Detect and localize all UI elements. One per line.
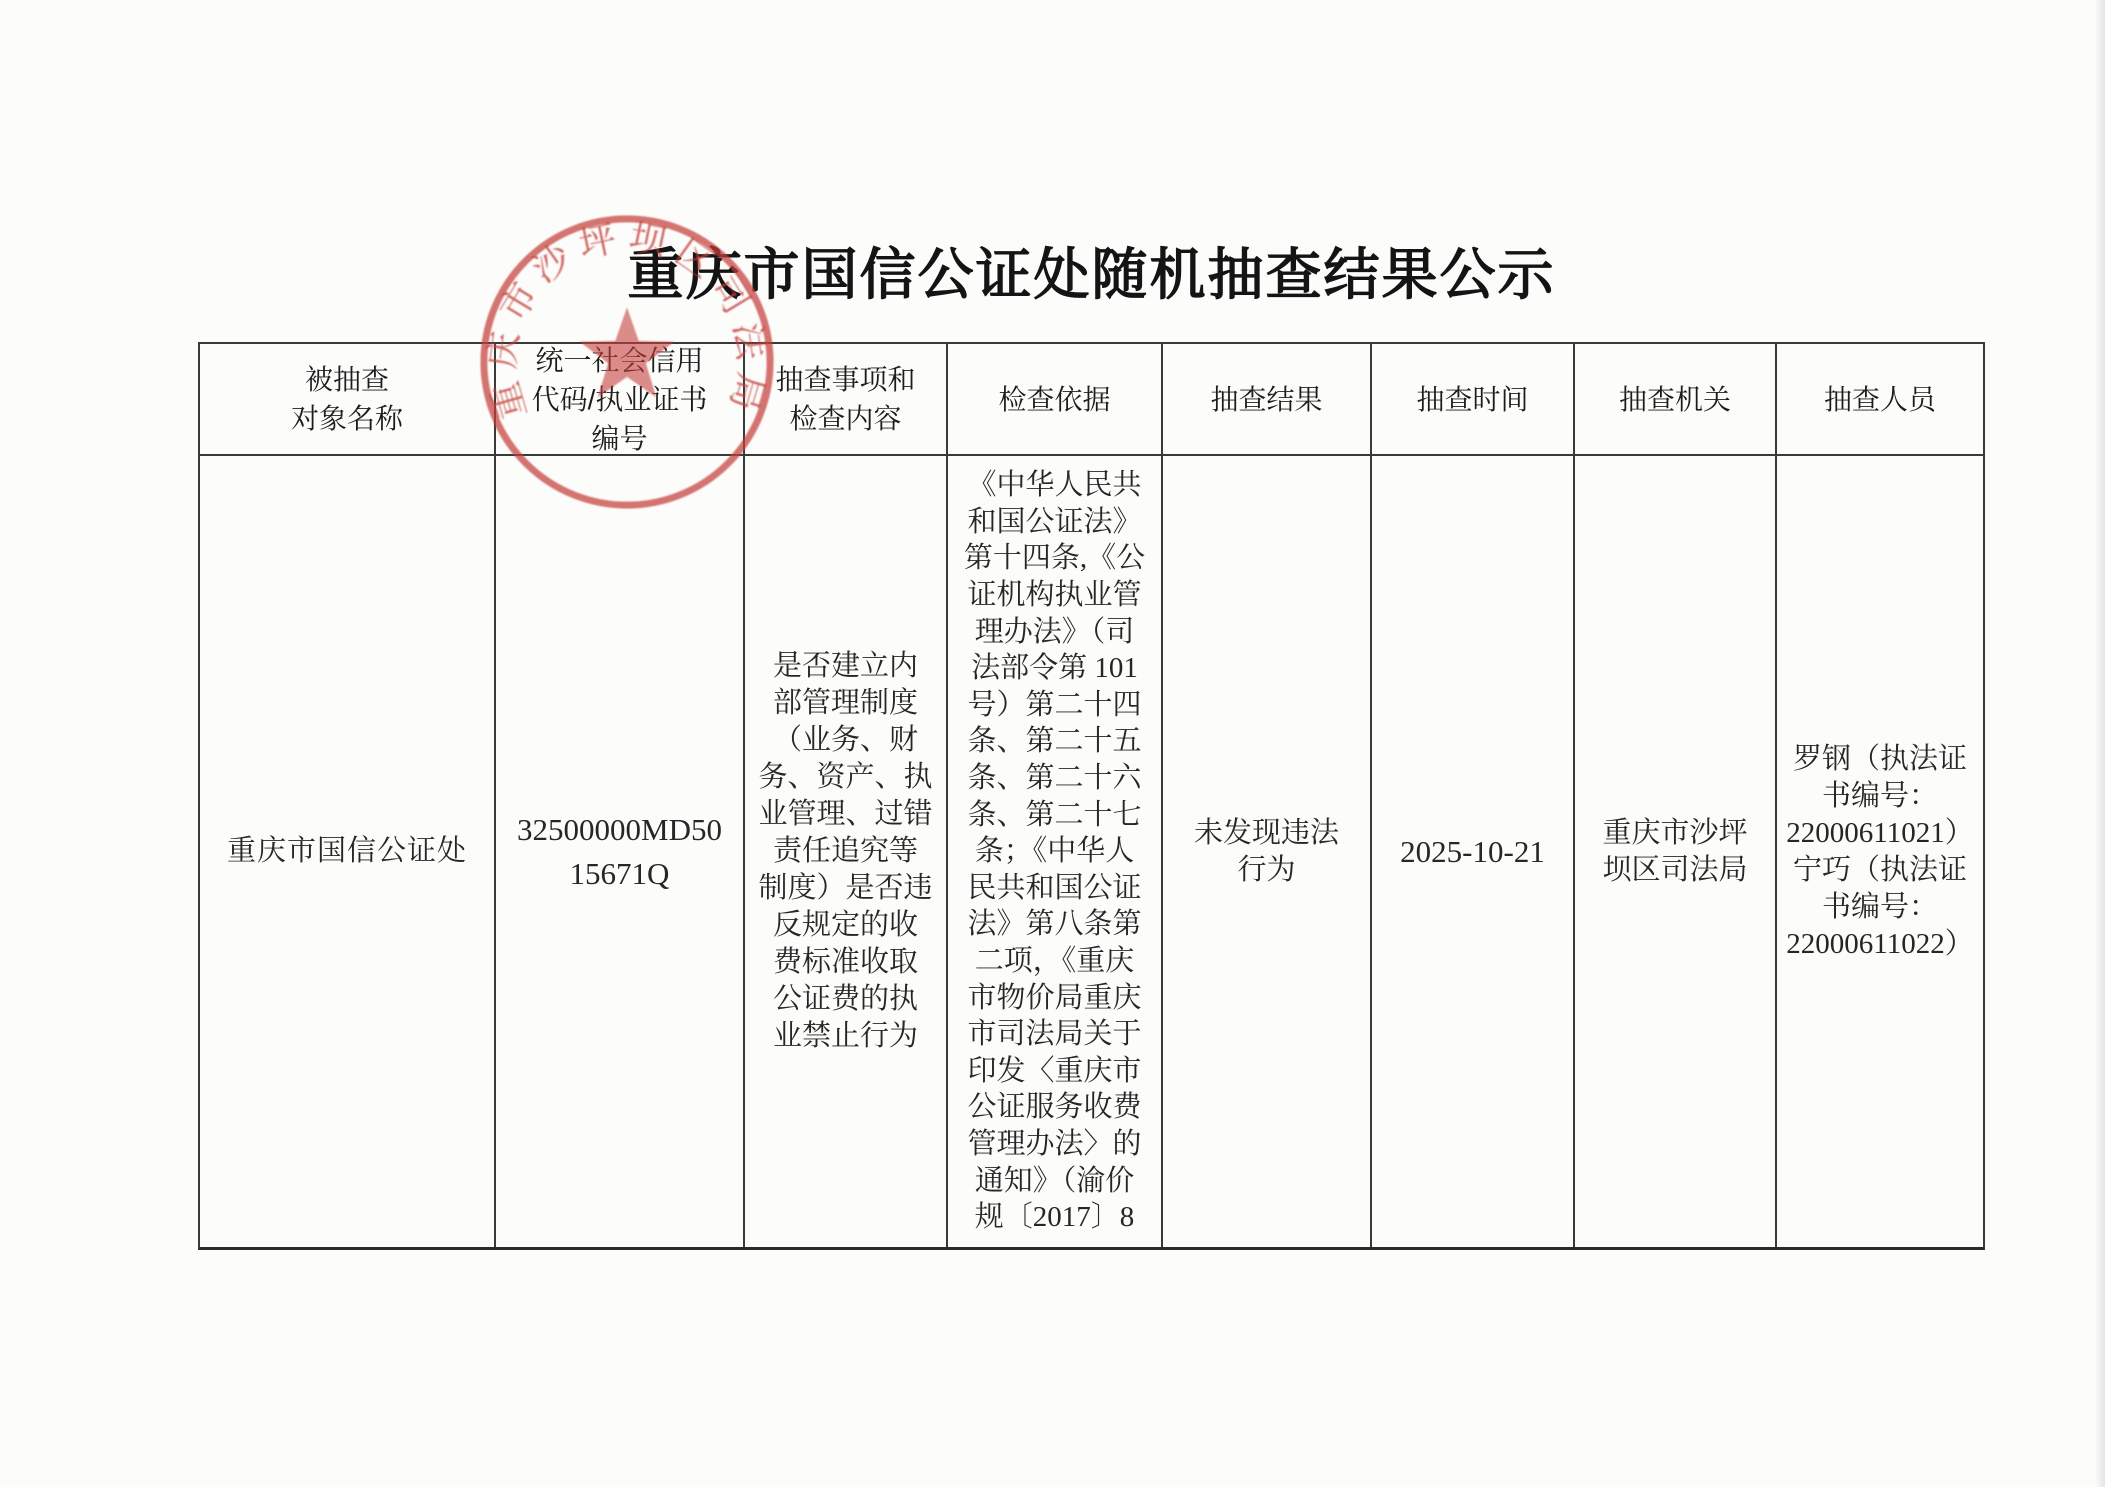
header-agency: 抽查机关 [1575,344,1777,456]
cell-subject-name: 重庆市国信公证处 [200,456,496,1247]
cell-personnel: 罗钢（执法证 书编号： 22000611021） 宁巧（执法证 书编号： 220… [1777,456,1983,1247]
header-time: 抽查时间 [1372,344,1575,456]
cell-agency: 重庆市沙坪 坝区司法局 [1575,456,1777,1247]
cell-credit-code: 32500000MD50 15671Q [496,456,745,1247]
header-subject-name: 被抽查 对象名称 [200,344,496,456]
page-title: 重庆市国信公证处随机抽查结果公示 [198,243,1985,309]
cell-result: 未发现违法 行为 [1163,456,1372,1247]
scan-edge-shadow [2095,0,2105,1487]
header-inspection-items: 抽查事项和 检查内容 [745,344,948,456]
header-legal-basis: 检查依据 [948,344,1163,456]
cell-inspection-items: 是否建立内 部管理制度 （业务、财 务、资产、执 业管理、过错 责任追究等 制度… [745,456,948,1247]
inspection-results-table: 被抽查 对象名称 统一社会信用 代码/执业证书 编号 抽查事项和 检查内容 检查… [198,342,1985,1250]
cell-time: 2025-10-21 [1372,456,1575,1247]
cell-legal-basis: 《中华人民共 和国公证法》 第十四条,《公 证机构执业管 理办法》（司 法部令第… [948,456,1163,1247]
header-credit-code: 统一社会信用 代码/执业证书 编号 [496,344,745,456]
header-personnel: 抽查人员 [1777,344,1983,456]
document-page: 重庆市国信公证处随机抽查结果公示 被抽查 对象名称 统一社会信用 代码/执业证书… [0,0,2105,1487]
header-result: 抽查结果 [1163,344,1372,456]
